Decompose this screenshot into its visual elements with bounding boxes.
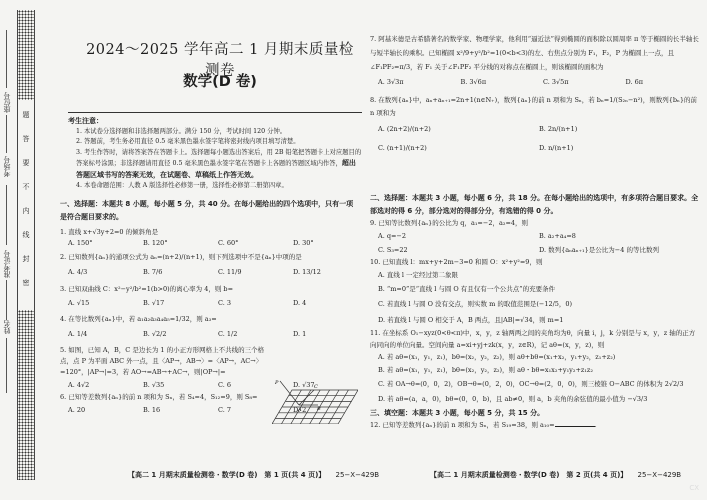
grid-figure: P C A B: [272, 378, 358, 424]
paper-code: 25−X−429B: [638, 471, 682, 479]
question-8-options: A. (2n+2)/(n+2) B. 2n/(n+1) C. (n+1)/(n+…: [370, 120, 700, 158]
question-4: 4. 在等比数列{aₙ}中，若 a₁a₂a₃a₄a₅=1/32，则 a₃=: [60, 314, 360, 325]
notice-box: 考生注意： 1. 本试卷分选择题和非选择题两部分。满分 150 分，考试时间 1…: [68, 116, 362, 192]
option: B. 若 aθ=(x₁，y₁，z₁)，bθ=(x₂，y₂，z₂)，则 aθ・bθ…: [370, 364, 700, 377]
name-label: 姓名: [2, 320, 12, 334]
option: A. 直线 l 一定经过第二象限: [370, 268, 700, 282]
question-4-options: A. 1/4 B. √2/2 C. 1/2 D. 1: [60, 325, 360, 343]
section-heading: 一、选择题：本题共 8 小题，每小题 5 分，共 40 分。在每小题给出的四个选…: [60, 198, 360, 224]
question-12-text: 12. 已知等差数列{aₙ}的前 n 项和为 Sₙ，若 S₁₉=38，则 a₁₀…: [370, 421, 555, 429]
notice-item: 2. 答题前，考生务必用直径 0.5 毫米黑色墨水签字笔将密封线内项目填写清楚。: [68, 137, 362, 148]
question-3: 3. 已知双曲线 C：x²−y²/b²=1(b>0)的离心率为 4，则 b=: [60, 284, 360, 295]
option: D. 若直线 l 与圆 O 相交于 A，B 两点，且|AB|=√34，则 m=1: [370, 313, 700, 327]
option: D. 数列{aₙaₙ₊₁}是公比为−4 的等比数列: [539, 243, 700, 257]
divider: [68, 112, 362, 113]
seat-number-label: 座位号: [2, 92, 12, 113]
seal-word: 答: [23, 134, 30, 144]
seal-word: 内: [23, 206, 30, 216]
question-7-options: A. 3√3π B. 3√6π C. 3√5π D. 6π: [370, 74, 700, 90]
name-line-lower: [6, 338, 7, 393]
svg-text:A: A: [297, 407, 302, 413]
question-9: 9. 已知等比数列{aₙ}的公比为 q，a₁=−2，a₂=4，则: [370, 218, 700, 229]
room-number-label: 考场号: [2, 156, 12, 177]
option: C. S₃=22: [378, 243, 539, 257]
notice-item: 1. 本试卷分选择题和非选择题两部分。满分 150 分，考试时间 120 分钟。: [68, 127, 362, 138]
option: B. √2/2: [135, 325, 210, 343]
section-2: 二、选择题：本题共 3 小题，每小题 6 分，共 18 分。在每小题给出的选项中…: [370, 192, 700, 431]
svg-text:C: C: [314, 384, 318, 390]
option: C. (n+1)/(n+2): [378, 139, 539, 158]
question-11: 11. 在坐标系 O₁−xyz(0<θ<π)中，x，y，z 轴两两之间的夹角均为…: [370, 327, 700, 351]
seal-word: 线: [23, 230, 30, 240]
name-line: [6, 280, 7, 320]
questions-7-8: 7. 阿基米德是古希腊著名的数学家、物理学家，他利用“逼近法”得到椭圆的面积除以…: [370, 32, 700, 158]
option: B. “m=0”是“直线 l 与圆 O 有且仅有一个公共点”的充要条件: [370, 282, 700, 296]
option: C. 若 OA→θ=(0，0，2)，OB→θ=(0，2，0)，OC→θ=(2，0…: [370, 377, 700, 392]
binding-strip: 题 答 要 不 内 线 封 密: [17, 10, 35, 480]
admission-number-label: 准考证号: [2, 250, 12, 278]
option: B. √17: [135, 295, 210, 311]
exam-subtitle: 数学(D 卷): [80, 70, 360, 91]
option: C. 若直线 l 与圆 O 没有交点，则实数 m 的取值范围是(−12/5，0): [370, 296, 700, 313]
option: C. 1/2: [210, 325, 285, 343]
svg-text:P: P: [274, 380, 279, 386]
option: B. 2n/(n+1): [539, 120, 700, 139]
option: D. n/(n+1): [539, 139, 700, 158]
room-number-line: [6, 115, 7, 153]
option: B. √35: [135, 378, 210, 392]
question-1-options: A. 150° B. 120° C. 60° D. 30°: [60, 238, 360, 249]
watermark: CX: [689, 484, 699, 492]
seal-words: 题 答 要 不 内 线 封 密: [18, 110, 34, 288]
option: A. 150°: [60, 238, 135, 249]
question-1: 1. 直线 x+√3y+2=0 的倾斜角是: [60, 227, 360, 238]
option: B. 7/6: [135, 263, 210, 281]
option: B. 16: [135, 403, 210, 417]
option: A. 4/3: [60, 263, 135, 281]
page-2-footer: 【高二 1 月期末质量检测卷・数学(D 卷) 第 2 页(共 4 页)】 25−…: [430, 470, 681, 480]
admission-number-line: [6, 185, 7, 245]
seal-pattern-bottom: [18, 310, 34, 480]
option: D. 30°: [285, 238, 360, 249]
notice-head: 考生注意：: [68, 116, 362, 127]
option: A. 1/4: [60, 325, 135, 343]
seal-word: 封: [23, 254, 30, 264]
option: A. (2n+2)/(n+2): [378, 120, 539, 139]
option: A. 4√2: [60, 378, 135, 392]
seal-word: 不: [23, 182, 30, 192]
option: D. 13/12: [285, 263, 360, 281]
seal-word: 题: [23, 110, 30, 120]
seal-pattern-top: [18, 10, 34, 100]
option: C. 3√5π: [535, 74, 618, 90]
footer-text: 【高二 1 月期末质量检测卷・数学(D 卷) 第 2 页(共 4 页)】: [430, 471, 627, 479]
question-10: 10. 已知直线 l：mx+y+2m−3=0 和圆 O：x²+y²=9，则: [370, 257, 700, 268]
notice-item-text: 3. 考生作答时，请将答案答在答题卡上。选择题每小题选出答案后，用 2B 铅笔把…: [76, 149, 361, 168]
answer-blank: [555, 426, 595, 427]
question-3-options: A. √15 B. √17 C. 3 D. 4: [60, 295, 360, 311]
option: A. 3√3π: [370, 74, 453, 90]
paper-code: 25−X−429B: [336, 471, 380, 479]
punctuation: .: [595, 421, 597, 429]
option: D. 4: [285, 295, 360, 311]
question-5: 5. 如图，已知 A，B，C 是边长为 1 的小正方形网格上不共线的三个格点，点…: [60, 345, 265, 378]
notice-item: 4. 本卷命题范围：人教 A 版选择性必修第一册，选择性必修第二册第四章。: [68, 181, 362, 192]
page-1-footer: 【高二 1 月期末质量检测卷・数学(D 卷) 第 1 页(共 4 页)】 25−…: [128, 470, 379, 480]
option: C. 60°: [210, 238, 285, 249]
option: D. 1: [285, 325, 360, 343]
notice-item: 3. 考生作答时，请将答案答在答题卡上。选择题每小题选出答案后，用 2B 铅笔把…: [68, 148, 362, 182]
question-2: 2. 已知数列{aₙ}的通项公式为 aₙ=(n+2)/(n+1)，则下列选项中不…: [60, 252, 360, 263]
question-9-options: A. q=−2 B. a₂+a₄=8 C. S₃=22 D. 数列{aₙaₙ₊₁…: [370, 229, 700, 257]
section-heading: 三、填空题：本题共 3 小题，每小题 5 分，共 15 分。: [370, 407, 700, 420]
question-12: 12. 已知等差数列{aₙ}的前 n 项和为 Sₙ，若 S₁₉=38，则 a₁₀…: [370, 420, 700, 431]
section-heading: 二、选择题：本题共 3 小题，每小题 6 分，共 18 分。在每小题给出的选项中…: [370, 192, 700, 218]
option: B. a₂+a₄=8: [539, 229, 700, 243]
question-8: 8. 在数列{aₙ}中，aₙ+aₙ₊₁=2n+1(n∈N₊)，数列{aₙ}的前 …: [370, 94, 700, 120]
option: D. 若 aθ=(a，a，0)，bθ=(0，0，b)，且 ab≠0，则 a，b …: [370, 392, 700, 407]
option: C. 3: [210, 295, 285, 311]
option: A. 20: [60, 403, 135, 417]
option: A. √15: [60, 295, 135, 311]
seal-word: 要: [23, 158, 30, 168]
option: B. 120°: [135, 238, 210, 249]
seat-number-line: [6, 30, 7, 88]
option: A. 若 aθ=(x₁，y₁，z₁)，bθ=(x₂，y₂，z₂)，则 aθ+bθ…: [370, 351, 700, 364]
question-2-options: A. 4/3 B. 7/6 C. 11/9 D. 13/12: [60, 263, 360, 281]
seal-word: 密: [23, 278, 30, 288]
footer-text: 【高二 1 月期末质量检测卷・数学(D 卷) 第 1 页(共 4 页)】: [128, 471, 325, 479]
option: D. 6π: [618, 74, 701, 90]
svg-text:B: B: [316, 406, 321, 412]
question-7: 7. 阿基米德是古希腊著名的数学家、物理学家，他利用“逼近法”得到椭圆的面积除以…: [370, 32, 700, 74]
option: C. 11/9: [210, 263, 285, 281]
option: B. 3√6π: [453, 74, 536, 90]
option: A. q=−2: [378, 229, 539, 243]
